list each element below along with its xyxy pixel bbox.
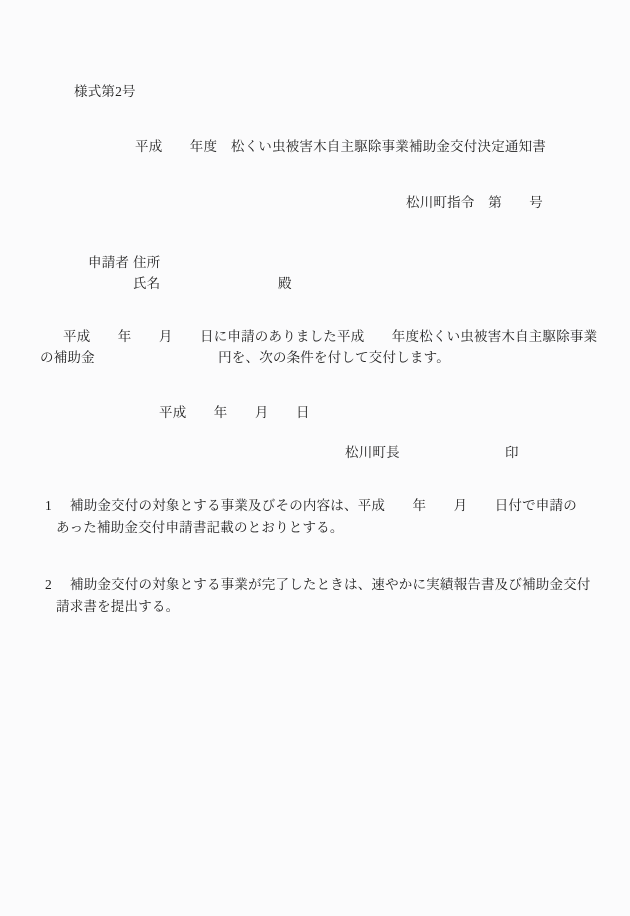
body-paragraph-line-1: 平成 年 月 日に申請のありました平成 年度松くい虫被害木自主駆除事業: [63, 329, 597, 345]
applicant-address-label: 住所: [133, 255, 160, 271]
directive-number-line: 松川町指令 第 号: [406, 195, 543, 211]
applicant-name-label: 氏名: [133, 276, 160, 292]
condition-2-number: 2: [45, 577, 52, 593]
applicant-label: 申請者: [88, 255, 129, 271]
seal-placeholder: 印: [505, 445, 519, 461]
document-title: 平成 年度 松くい虫被害木自主駆除事業補助金交付決定通知書: [135, 139, 546, 155]
issuer-title: 松川町長: [345, 445, 400, 461]
body-paragraph-line-2: の補助金 円を、次の条件を付して交付します。: [40, 350, 450, 366]
condition-1-number: 1: [45, 498, 52, 514]
condition-2-text-line-1: 補助金交付の対象とする事業が完了したときは、速やかに実績報告書及び補助金交付: [70, 577, 591, 593]
document-page: 様式第2号 平成 年度 松くい虫被害木自主駆除事業補助金交付決定通知書 松川町指…: [0, 0, 630, 916]
condition-1-text-line-1: 補助金交付の対象とする事業及びその内容は、平成 年 月 日付で申請の: [70, 498, 577, 514]
form-number: 様式第2号: [74, 84, 136, 100]
applicant-honorific: 殿: [278, 276, 292, 292]
condition-1-text-line-2: あった補助金交付申請書記載のとおりとする。: [56, 520, 344, 536]
issue-date-line: 平成 年 月 日: [159, 405, 310, 421]
condition-2-text-line-2: 請求書を提出する。: [56, 599, 179, 615]
